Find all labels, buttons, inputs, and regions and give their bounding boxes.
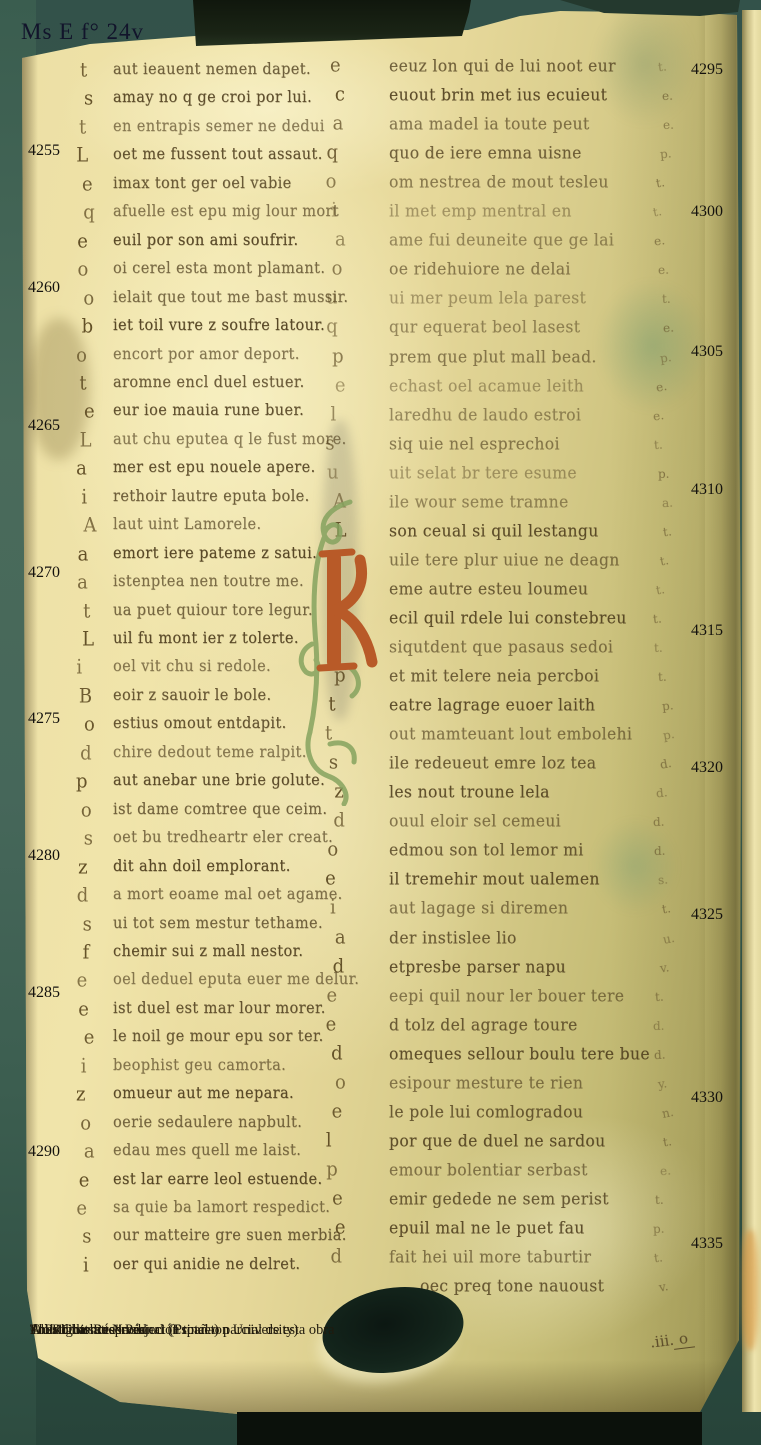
- manuscript-line-right: le pole lui comlogradou: [389, 1102, 583, 1121]
- parchment-page: taut ieauent nemen dapet.samay no q ge c…: [0, 0, 761, 1445]
- margin-mark: d.: [653, 1019, 665, 1033]
- line-initial: o: [327, 838, 338, 861]
- manuscript-line-right: ouul eloir sel cemeui: [389, 812, 561, 831]
- manuscript-line-right: aut lagage si diremen: [389, 899, 568, 918]
- manuscript-line-left: oerie sedaulere napbult.: [113, 1114, 302, 1131]
- manuscript-line-right: oe ridehuiore ne delai: [389, 260, 571, 279]
- line-initial: d: [331, 1042, 343, 1065]
- manuscript-line-left: ui tot sem mestur tethame.: [113, 915, 323, 932]
- line-number: 4265: [28, 417, 60, 435]
- manuscript-line-left: afuelle est epu mig lour mort: [113, 204, 339, 221]
- line-number: 4285: [28, 984, 60, 1002]
- fore-edge-stain: [742, 1230, 758, 1350]
- margin-mark: e.: [663, 118, 674, 132]
- manuscript-line-left: aromne encl duel estuer.: [113, 374, 305, 391]
- line-initial: i: [76, 656, 82, 679]
- line-initial: a: [78, 543, 89, 566]
- manuscript-line-right: eeuz lon qui de lui noot eur: [389, 56, 616, 75]
- manuscript-line-right: et mit telere neia percboi: [389, 667, 599, 686]
- manuscript-line-left: edau mes quell me laist.: [113, 1143, 301, 1160]
- line-initial: a: [333, 112, 344, 135]
- manuscript-line-left: aut ieauent nemen dapet.: [113, 62, 311, 79]
- manuscript-line-right: qur equerat beol lasest: [389, 318, 580, 337]
- line-number: 4335: [691, 1235, 723, 1253]
- line-initial: a: [335, 228, 346, 251]
- manuscript-line-left: laut uint Lamorele.: [113, 517, 262, 534]
- manuscript-line-right: prem que plut mall bead.: [389, 347, 597, 366]
- folio-label: Ms E f° 24v: [21, 19, 144, 45]
- line-initial: o: [335, 1071, 346, 1094]
- margin-mark: t.: [654, 1251, 664, 1266]
- line-initial: z: [78, 856, 87, 879]
- manuscript-line-left: oet bu tredheartr eler creat.: [113, 830, 333, 847]
- margin-mark: d.: [654, 1047, 666, 1062]
- line-number: 4255: [28, 142, 60, 160]
- line-number: 4325: [691, 906, 723, 924]
- line-initial: o: [83, 287, 94, 310]
- line-initial: i: [81, 486, 87, 509]
- line-initial: L: [82, 628, 94, 651]
- line-initial: u: [326, 286, 338, 309]
- manuscript-line-left: chire dedout teme ralpit.: [113, 744, 307, 761]
- manuscript-line-right: emour bolentiar serbast: [389, 1160, 588, 1179]
- line-initial: i: [83, 1254, 89, 1277]
- line-initial: e: [327, 984, 338, 1007]
- line-initial: d: [331, 1245, 343, 1268]
- line-initial: i: [331, 199, 337, 222]
- manuscript-line-left: oel deduel eputa euer me delur.: [113, 972, 359, 989]
- line-number: 4320: [691, 759, 723, 777]
- line-number: 4300: [691, 203, 723, 221]
- line-initial: s: [325, 432, 334, 455]
- line-initial: e: [326, 1013, 337, 1036]
- line-initial: a: [84, 1140, 95, 1163]
- line-initial: z: [76, 1083, 85, 1106]
- manuscript-line-right: son ceual si quil lestangu: [389, 521, 599, 540]
- manuscript-line-right: les nout troune lela: [389, 783, 550, 802]
- line-initial: d: [333, 954, 345, 977]
- manuscript-line-left: oel vit chu si redole.: [113, 659, 271, 676]
- margin-mark: t.: [655, 1193, 664, 1207]
- margin-mark: n.: [661, 1105, 675, 1121]
- line-initial: q: [83, 201, 95, 224]
- line-initial: t: [79, 116, 86, 139]
- line-initial: o: [81, 799, 92, 822]
- manuscript-line-left: a mort eoame mal oet agame.: [113, 887, 343, 904]
- line-initial: s: [82, 1225, 91, 1248]
- manuscript-line-right: euout brin met ius ecuieut: [389, 86, 607, 105]
- manuscript-line-left: aut chu eputea q le fust more.: [113, 431, 347, 448]
- margin-mark: a.: [662, 495, 674, 510]
- margin-mark: p.: [660, 147, 673, 162]
- manuscript-line-right: etpresbe parser napu: [389, 957, 566, 976]
- line-initial: a: [335, 925, 346, 948]
- manuscript-line-left: imax tont ger oel vabie: [113, 175, 292, 192]
- margin-mark: y.: [657, 1076, 668, 1091]
- manuscript-line-right: laredhu de laudo estroi: [389, 405, 581, 424]
- line-number: 4290: [28, 1143, 60, 1161]
- line-initial: o: [78, 258, 89, 281]
- margin-mark: p.: [653, 1222, 665, 1236]
- line-initial: e: [325, 867, 336, 890]
- mounting-bar-bottom: [237, 1412, 702, 1445]
- margin-mark: p.: [658, 467, 670, 481]
- illuminated-initial-K: [290, 494, 382, 806]
- manuscript-line-left: iet toil vure z soufre latour.: [113, 318, 325, 335]
- margin-mark: t.: [662, 1134, 673, 1149]
- line-number: 4330: [691, 1089, 723, 1107]
- line-initial: B: [79, 685, 92, 708]
- manuscript-line-right: d tolz del agrage toure: [389, 1015, 578, 1034]
- line-initial: e: [78, 998, 89, 1021]
- margin-mark: t.: [652, 612, 662, 627]
- manuscript-line-right: ui mer peum lela parest: [389, 289, 586, 308]
- line-initial: e: [77, 969, 88, 992]
- margin-mark: t.: [661, 902, 672, 917]
- page-fore-edge: [742, 10, 761, 1412]
- margin-mark: t.: [655, 176, 666, 191]
- manuscript-line-right: por que de duel ne sardou: [389, 1131, 606, 1150]
- manuscript-line-right: echast oel acamue leith: [389, 376, 584, 395]
- margin-mark: t.: [655, 582, 666, 597]
- manuscript-line-right: ile redeueut emre loz tea: [389, 754, 596, 773]
- manuscript-line-left: oet me fussent tout assaut.: [113, 147, 323, 164]
- line-initial: t: [79, 372, 86, 395]
- manuscript-line-right: ama madel ia toute peut: [389, 115, 590, 134]
- manuscript-line-left: euil por son ami soufrir.: [113, 232, 299, 249]
- manuscript-line-right: eatre lagrage euoer laith: [389, 696, 595, 715]
- line-initial: e: [76, 1197, 87, 1220]
- manuscript-line-right: eme autre esteu loumeu: [389, 579, 588, 598]
- margin-mark: e.: [662, 321, 674, 336]
- line-number: 4305: [691, 343, 723, 361]
- line-initial: q: [327, 141, 339, 164]
- margin-mark: t.: [654, 437, 664, 452]
- manuscript-line-left: emort iere pateme z satui.: [113, 545, 317, 562]
- manuscript-line-left: ist duel est mar lour morer.: [113, 1000, 326, 1017]
- manuscript-line-left: estius omout entdapit.: [113, 716, 287, 733]
- manuscript-line-right: out mamteuant lout embolehi: [389, 725, 632, 744]
- manuscript-line-right: edmou son tol lemor mi: [389, 841, 584, 860]
- margin-mark: u.: [662, 931, 676, 947]
- manuscript-line-right: ame fui deuneite que ge lai: [389, 231, 614, 250]
- margin-mark: v.: [657, 1279, 669, 1294]
- line-initial: l: [326, 1129, 332, 1152]
- manuscript-line-left: chemir sui z mall nestor.: [113, 943, 303, 960]
- line-initial: f: [83, 941, 90, 964]
- line-initial: s: [84, 827, 93, 850]
- line-initial: e: [77, 230, 88, 253]
- margin-mark: t.: [658, 670, 667, 684]
- manuscript-line-right: emir gedede ne sem perist: [389, 1189, 609, 1208]
- line-initial: o: [332, 257, 343, 280]
- manuscript-line-left: omueur aut me nepara.: [113, 1086, 294, 1103]
- manuscript-line-left: mer est epu nouele apere.: [113, 460, 316, 477]
- manuscript-line-right: quo de iere emna uisne: [389, 144, 582, 163]
- margin-mark: s.: [658, 873, 669, 888]
- manuscript-line-right: der instislee lio: [389, 928, 517, 947]
- manuscript-line-right: omeques sellour boulu tere bue: [389, 1044, 650, 1063]
- margin-mark: p.: [659, 350, 672, 366]
- manuscript-line-right: esipour mesture te rien: [389, 1073, 583, 1092]
- line-initial: q: [326, 315, 338, 338]
- line-initial: t: [80, 59, 87, 82]
- manuscript-line-right: siq uie nel esprechoi: [389, 434, 560, 453]
- margin-mark: d.: [655, 786, 668, 801]
- margin-mark: e.: [653, 234, 666, 249]
- manuscript-line-left: encort por amor deport.: [113, 346, 300, 363]
- manuscript-line-left: le noil ge mour epu sor ter.: [113, 1029, 324, 1046]
- manuscript-line-left: eoir z sauoir le bole.: [113, 687, 272, 704]
- line-initial: A: [84, 514, 97, 537]
- line-initial: s: [83, 912, 92, 935]
- margin-mark: t.: [654, 641, 663, 655]
- manuscript-photo: taut ieauent nemen dapet.samay no q ge c…: [0, 0, 761, 1445]
- manuscript-line-right: fait hei uil more taburtir: [389, 1248, 591, 1267]
- manuscript-line-right: il met emp mentral en: [389, 202, 572, 221]
- manuscript-line-left: sa quie ba lamort respedict.: [113, 1200, 330, 1217]
- line-initial: u: [327, 461, 339, 484]
- margin-mark: t.: [662, 292, 671, 306]
- manuscript-line-right: oec preq tone nauoust: [420, 1277, 604, 1296]
- line-initial: c: [335, 83, 345, 106]
- line-initial: e: [335, 1216, 346, 1239]
- manuscript-line-right: uit selat br tere esume: [389, 463, 577, 482]
- line-initial: a: [77, 571, 88, 594]
- margin-mark: e.: [662, 89, 673, 103]
- manuscript-line-left: istenptea nen toutre me.: [113, 574, 304, 591]
- line-number: 4260: [28, 279, 60, 297]
- line-initial: e: [84, 400, 95, 423]
- line-initial: o: [80, 1112, 91, 1135]
- margin-mark: d.: [659, 756, 673, 772]
- margin-mark: v.: [659, 960, 670, 975]
- line-initial: e: [82, 173, 93, 196]
- manuscript-line-right: il tremehir mout ualemen: [389, 870, 600, 889]
- quire-signature-mark: o .iii.: [649, 1329, 695, 1335]
- line-initial: p: [332, 344, 344, 367]
- manuscript-line-left: est lar earre leol estuende.: [113, 1171, 323, 1188]
- manuscript-line-right: om nestrea de mout tesleu: [389, 173, 609, 192]
- line-number: 4275: [28, 710, 60, 728]
- manuscript-line-left: uil fu mont ier z tolerte.: [113, 631, 299, 648]
- line-initial: t: [83, 599, 90, 622]
- manuscript-line-right: siqutdent que pasaus sedoi: [389, 637, 613, 656]
- margin-mark: d.: [653, 815, 665, 829]
- line-initial: e: [79, 1168, 90, 1191]
- manuscript-line-left: rethoir lautre eputa bole.: [113, 488, 310, 505]
- line-initial: p: [326, 1158, 338, 1181]
- margin-mark: e.: [652, 408, 665, 423]
- manuscript-line-right: eepi quil nour ler bouer tere: [389, 986, 624, 1005]
- margin-mark: t.: [662, 524, 672, 539]
- line-initial: d: [80, 742, 92, 765]
- line-number: 4310: [691, 481, 723, 499]
- manuscript-line-left: dit ahn doil emplorant.: [113, 858, 291, 875]
- line-initial: s: [84, 87, 93, 110]
- line-initial: e: [330, 54, 341, 77]
- line-initial: p: [76, 770, 88, 793]
- line-initial: e: [335, 373, 346, 396]
- manuscript-line-left: amay no q ge croi por lui.: [113, 90, 312, 107]
- manuscript-line-right: ile wour seme tramne: [389, 492, 569, 511]
- margin-mark: p.: [662, 727, 676, 743]
- manuscript-line-right: ecil quil rdele lui constebreu: [389, 608, 627, 627]
- margin-mark: t.: [655, 989, 664, 1003]
- line-initial: o: [76, 343, 87, 366]
- manuscript-line-left: our matteire gre suen merbia.: [113, 1228, 347, 1245]
- margin-mark: t.: [652, 205, 663, 220]
- manuscript-line-left: ielait que tout me bast mussir.: [113, 289, 348, 306]
- line-initial: i: [330, 896, 336, 919]
- margin-mark: t.: [657, 60, 667, 75]
- manuscript-line-left: eur ioe mauia rune buer.: [113, 403, 304, 420]
- manuscript-line-left: oer qui anidie ne delret.: [113, 1256, 300, 1273]
- line-number: 4280: [28, 847, 60, 865]
- line-initial: o: [84, 713, 95, 736]
- line-initial: b: [82, 315, 94, 338]
- line-number: 4270: [28, 564, 60, 582]
- line-initial: a: [76, 457, 87, 480]
- margin-mark: d.: [654, 844, 666, 858]
- margin-mark: e.: [658, 263, 670, 278]
- margin-mark: p.: [661, 699, 674, 714]
- line-number: 4315: [691, 622, 723, 640]
- line-initial: d: [77, 884, 89, 907]
- line-initial: o: [326, 170, 337, 193]
- manuscript-line-left: en entrapis semer ne dedui: [113, 118, 325, 135]
- line-initial: e: [332, 1100, 343, 1123]
- line-initial: d: [333, 809, 345, 832]
- manuscript-line-right: epuil mal ne le puet fau: [389, 1218, 585, 1237]
- margin-mark: e.: [659, 1163, 671, 1178]
- line-initial: e: [84, 1026, 95, 1049]
- line-initial: l: [331, 403, 337, 426]
- line-initial: i: [81, 1055, 87, 1078]
- margin-mark: e.: [654, 379, 667, 395]
- line-initial: L: [80, 429, 92, 452]
- manuscript-line-left: ua puet quiour tore legur.: [113, 602, 313, 619]
- green-stain: [592, 818, 678, 914]
- line-initial: L: [76, 144, 88, 167]
- line-initial: e: [332, 1187, 343, 1210]
- copyright-line: Prohibida la reproducción total o parcia…: [30, 1323, 335, 1338]
- manuscript-line-right: uile tere plur uiue ne deagn: [389, 550, 620, 569]
- line-number: 4295: [691, 61, 723, 79]
- manuscript-line-left: oi cerel esta mont plamant.: [113, 261, 325, 278]
- margin-mark: t.: [659, 553, 670, 568]
- manuscript-line-left: beophist geu camorta.: [113, 1057, 286, 1074]
